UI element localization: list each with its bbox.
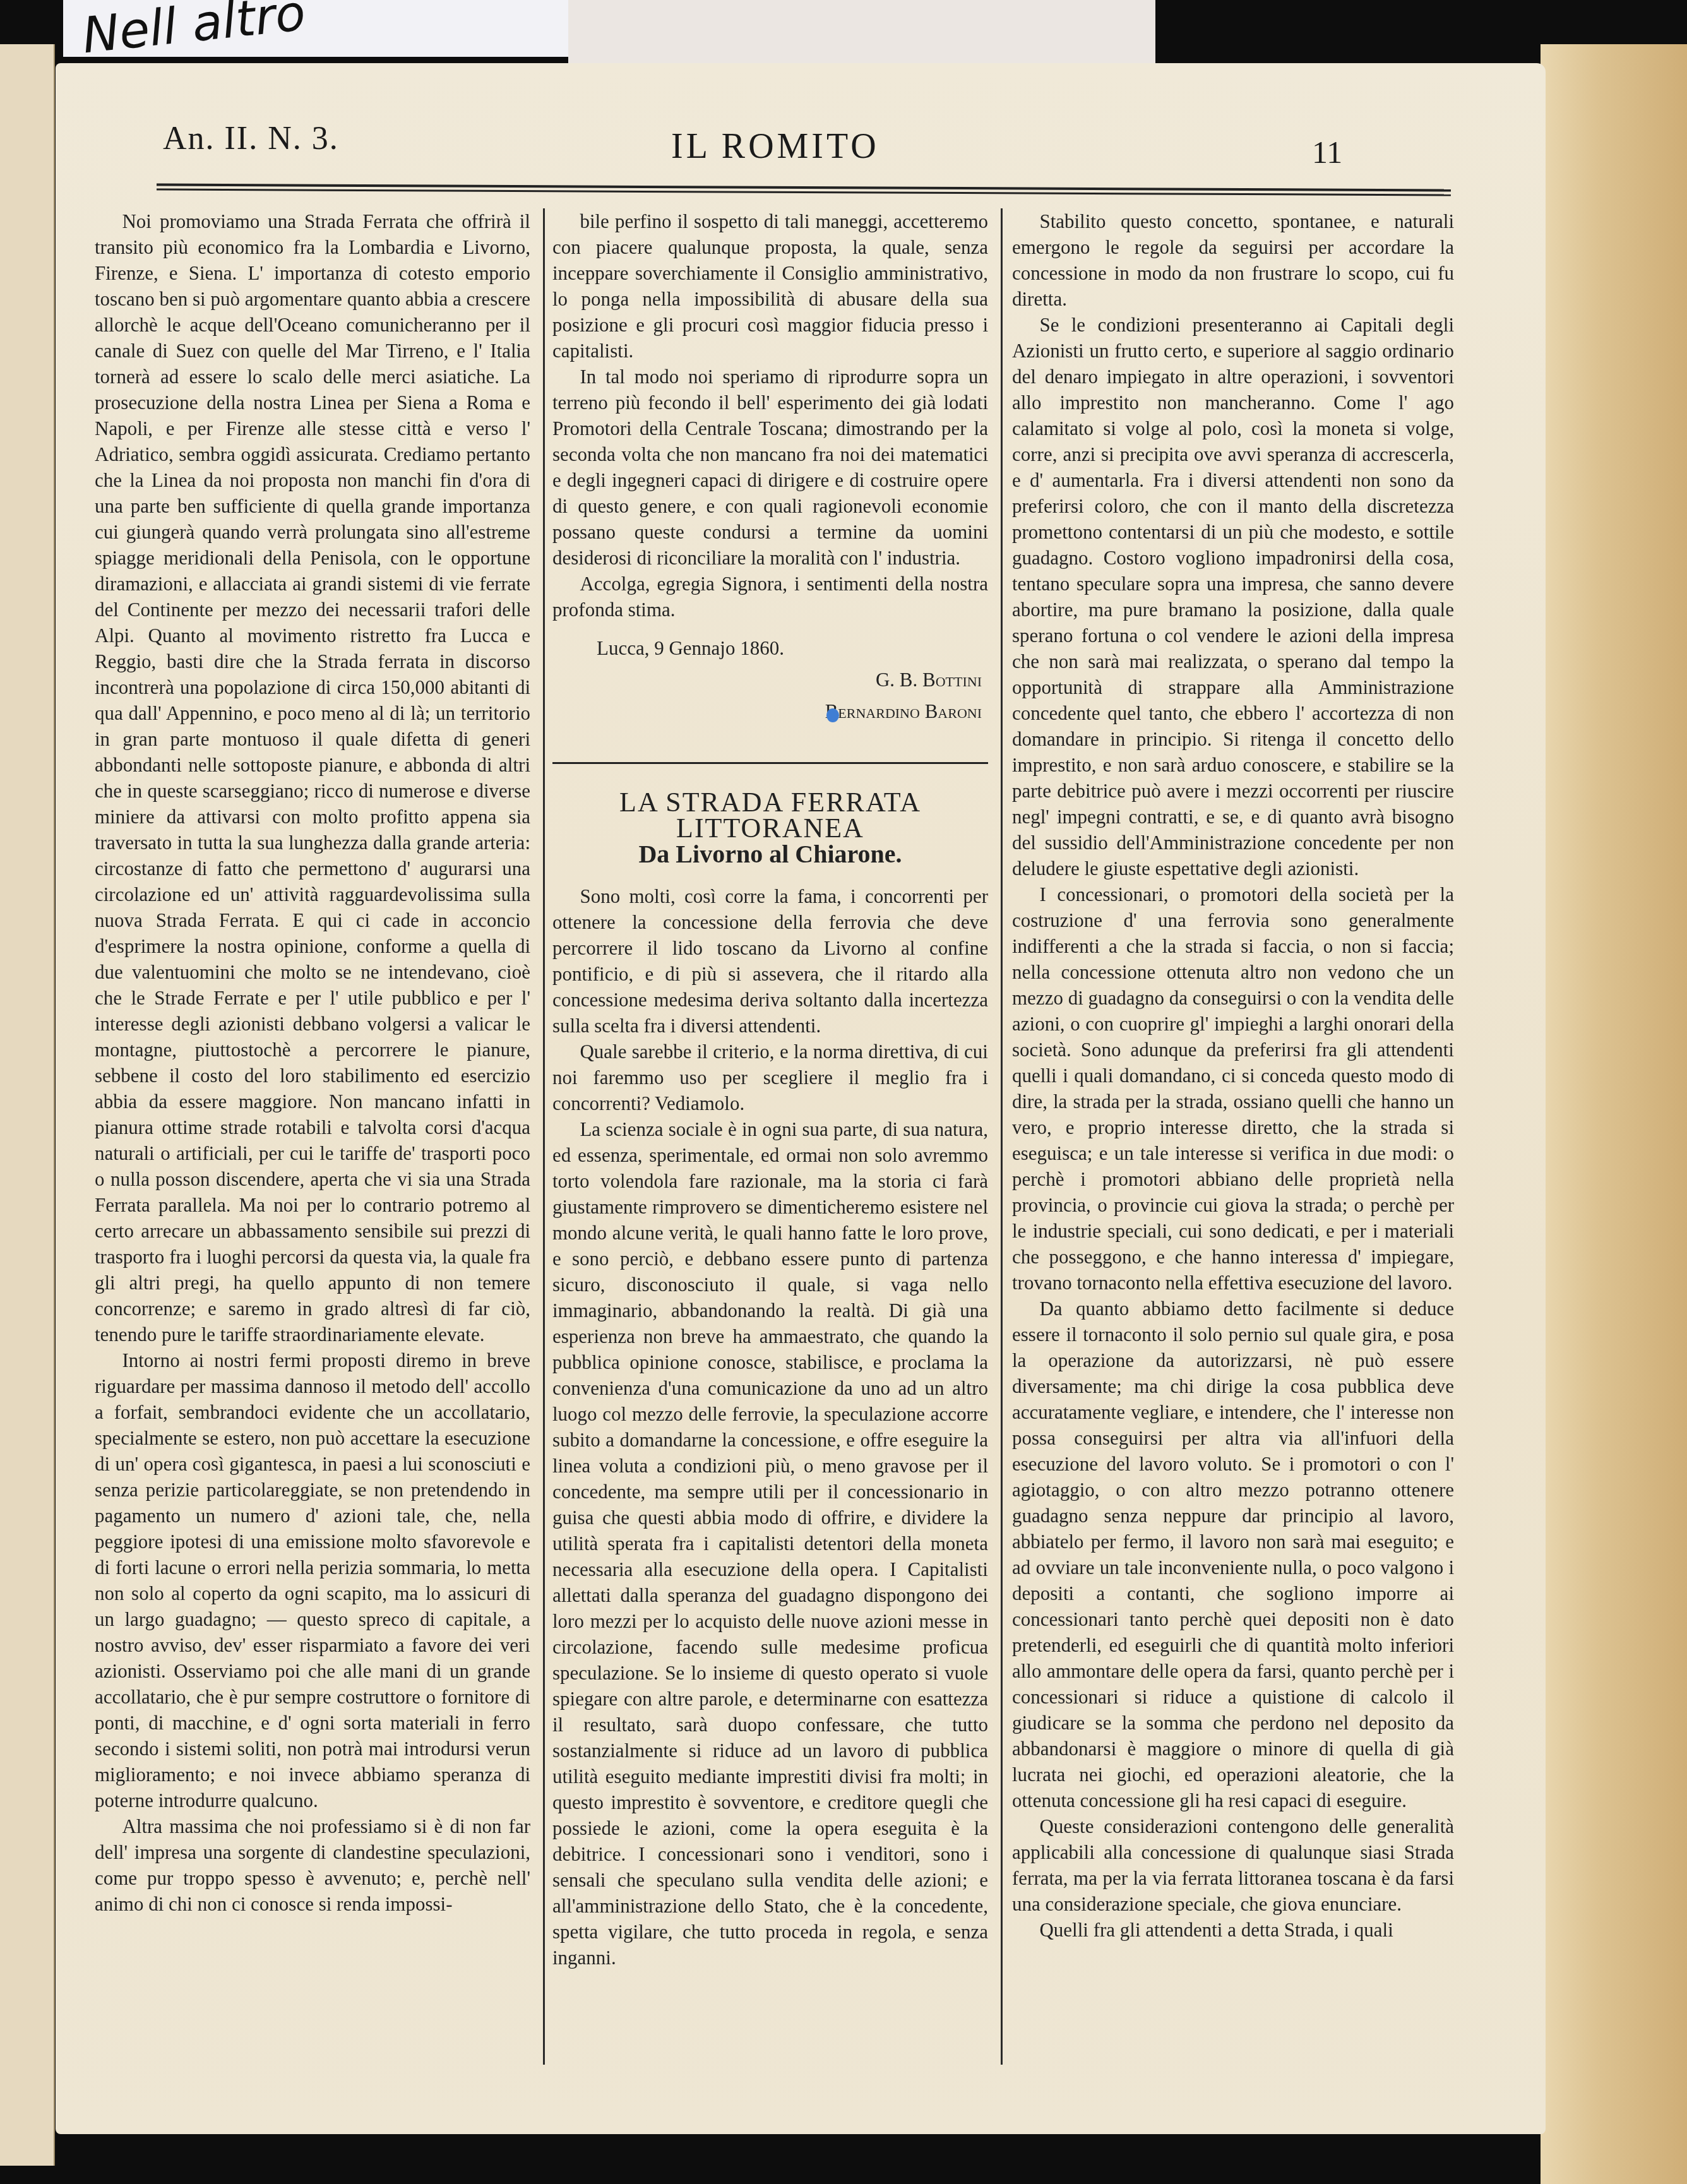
left-page-edge	[0, 44, 55, 2166]
handwritten-note: Nell altro	[63, 0, 568, 57]
newspaper-title: IL ROMITO	[671, 126, 879, 167]
column-divider	[543, 208, 545, 2065]
paragraph: Altra massima che noi professiamo si è d…	[95, 1813, 530, 1917]
paragraph: Quelli fra gli attendenti a detta Strada…	[1012, 1917, 1454, 1943]
column-3: Stabilito questo concetto, spontanee, e …	[1012, 208, 1454, 1943]
paragraph: I concessionari, o promotori della socie…	[1012, 881, 1454, 1296]
paragraph: In tal modo noi speriamo di riprodurre s…	[552, 364, 988, 571]
paragraph: Se le condizioni presenteranno ai Capita…	[1012, 312, 1454, 881]
column-2: bile perfino il sospetto di tali maneggi…	[552, 208, 988, 1971]
paragraph: bile perfino il sospetto di tali maneggi…	[552, 208, 988, 364]
column-1: Noi promoviamo una Strada Ferrata che of…	[95, 208, 530, 1917]
letter-date: Lucca, 9 Gennajo 1860.	[552, 635, 988, 661]
article-divider	[552, 762, 988, 764]
right-page-edges	[1541, 44, 1687, 2184]
masthead-double-rule	[157, 184, 1451, 196]
paragraph: Intorno ai nostri fermi proposti diremo …	[95, 1347, 530, 1813]
paragraph: Accolga, egregia Signora, i sentimenti d…	[552, 571, 988, 623]
signature-1: G. B. Bottini	[552, 667, 988, 693]
article-title: LA STRADA FERRATA LITTORANEA	[552, 789, 988, 841]
page-number: 11	[1312, 134, 1342, 170]
column-divider	[1001, 208, 1003, 2065]
issue-number: An. II. N. 3.	[163, 120, 339, 157]
paragraph: Quale sarebbe il criterio, e la norma di…	[552, 1039, 988, 1116]
paragraph: Noi promoviamo una Strada Ferrata che of…	[95, 208, 530, 1347]
signature-2: Bernardino Baroni	[552, 699, 988, 724]
masthead: An. II. N. 3. IL ROMITO 11	[56, 63, 1546, 202]
paragraph: Da quanto abbiamo detto facilmente si de…	[1012, 1296, 1454, 1813]
newspaper-page: An. II. N. 3. IL ROMITO 11 Noi promoviam…	[56, 63, 1546, 2134]
blue-ink-mark	[826, 708, 839, 722]
article-subtitle: Da Livorno al Chiarone.	[552, 841, 988, 867]
paragraph: Stabilito questo concetto, spontanee, e …	[1012, 208, 1454, 312]
paragraph: La scienza sociale è in ogni sua parte, …	[552, 1116, 988, 1971]
handwritten-note-text: Nell altro	[80, 0, 308, 64]
paragraph: Queste considerazioni contengono delle g…	[1012, 1813, 1454, 1917]
paragraph: Sono molti, così corre la fama, i concor…	[552, 883, 988, 1039]
